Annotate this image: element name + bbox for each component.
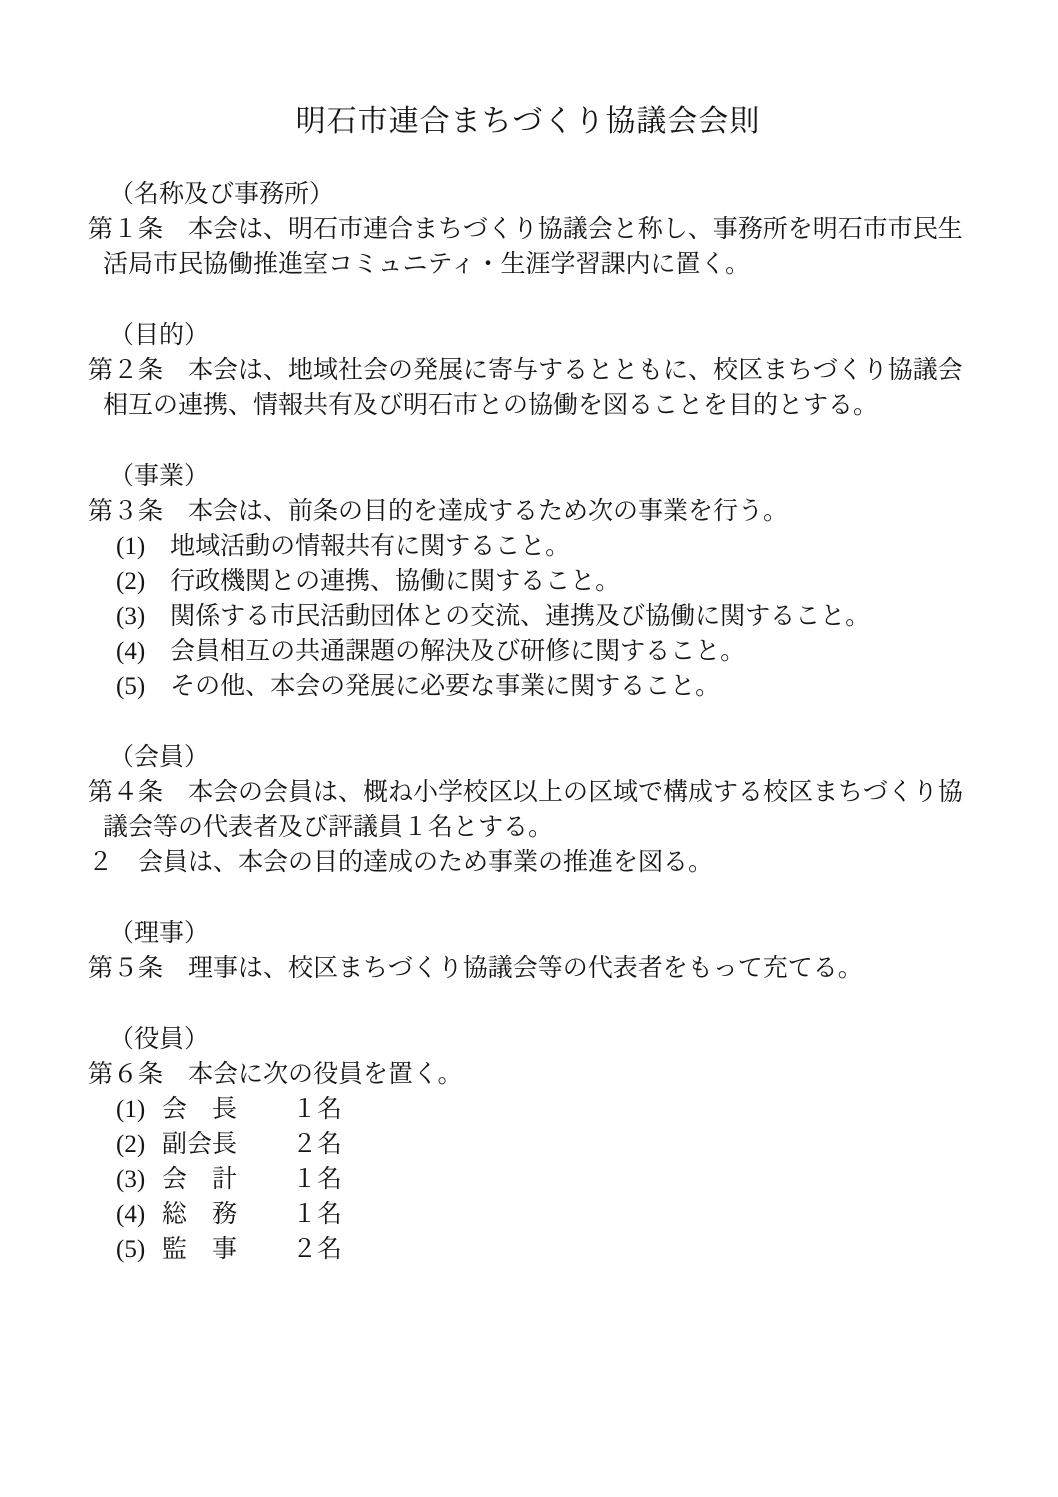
officer-role: 監 事	[162, 1232, 292, 1267]
officer-row: (1)会 長１名	[88, 1092, 968, 1127]
officer-number: (5)	[116, 1232, 162, 1267]
text-line: (3) 関係する市民活動団体との交流、連携及び協働に関すること。	[88, 599, 968, 634]
text-line: 第５条 理事は、校区まちづくり協議会等の代表者をもって充てる。	[88, 951, 968, 986]
text-line: 相互の連携、情報共有及び明石市との協働を図ることを目的とする。	[88, 388, 968, 423]
document-section-3: （事業）第３条 本会は、前条の目的を達成するため次の事業を行う。(1) 地域活動…	[88, 459, 968, 704]
officer-count: ２名	[292, 1232, 342, 1267]
officer-number: (1)	[116, 1092, 162, 1127]
text-line: (2) 行政機関との連携、協働に関すること。	[88, 564, 968, 599]
text-line: 活局市民協働推進室コミュニティ・生涯学習課内に置く。	[88, 247, 968, 282]
document-title: 明石市連合まちづくり協議会会則	[88, 103, 968, 141]
text-line: 第４条 本会の会員は、概ね小学校区以上の区域で構成する校区まちづくり協	[88, 775, 968, 810]
section-heading: （役員）	[88, 1022, 968, 1057]
officer-count: １名	[292, 1162, 342, 1197]
officer-role: 会 長	[162, 1092, 292, 1127]
officer-number: (4)	[116, 1197, 162, 1232]
text-line: (5) その他、本会の発展に必要な事業に関すること。	[88, 669, 968, 704]
text-line: 第３条 本会は、前条の目的を達成するため次の事業を行う。	[88, 494, 968, 529]
officer-count: ２名	[292, 1127, 342, 1162]
text-line: (4) 会員相互の共通課題の解決及び研修に関すること。	[88, 634, 968, 669]
officer-role: 会 計	[162, 1162, 292, 1197]
officer-number: (3)	[116, 1162, 162, 1197]
text-line: 第２条 本会は、地域社会の発展に寄与するとともに、校区まちづくり協議会	[88, 353, 968, 388]
document-section-4: （会員）第４条 本会の会員は、概ね小学校区以上の区域で構成する校区まちづくり協議…	[88, 740, 968, 880]
officer-row: (4)総 務１名	[88, 1197, 968, 1232]
officer-count: １名	[292, 1092, 342, 1127]
section-heading: （会員）	[88, 740, 968, 775]
section-heading: （理事）	[88, 916, 968, 951]
document-section-1: （名称及び事務所）第１条 本会は、明石市連合まちづくり協議会と称し、事務所を明石…	[88, 177, 968, 282]
officer-count: １名	[292, 1197, 342, 1232]
section-heading: （目的）	[88, 318, 968, 353]
text-line: 第１条 本会は、明石市連合まちづくり協議会と称し、事務所を明石市市民生	[88, 212, 968, 247]
text-line: 第６条 本会に次の役員を置く。	[88, 1057, 968, 1092]
officer-row: (2)副会長２名	[88, 1127, 968, 1162]
document-section-6: （役員）第６条 本会に次の役員を置く。(1)会 長１名(2)副会長２名(3)会 …	[88, 1022, 968, 1267]
text-line: 議会等の代表者及び評議員１名とする。	[88, 810, 968, 845]
section-heading: （名称及び事務所）	[88, 177, 968, 212]
text-line: ２ 会員は、本会の目的達成のため事業の推進を図る。	[88, 845, 968, 880]
officer-role: 副会長	[162, 1127, 292, 1162]
officer-role: 総 務	[162, 1197, 292, 1232]
text-line: (1) 地域活動の情報共有に関すること。	[88, 529, 968, 564]
document-body: （名称及び事務所）第１条 本会は、明石市連合まちづくり協議会と称し、事務所を明石…	[88, 177, 968, 1267]
section-heading: （事業）	[88, 459, 968, 494]
officer-row: (3)会 計１名	[88, 1162, 968, 1197]
document-section-2: （目的）第２条 本会は、地域社会の発展に寄与するとともに、校区まちづくり協議会相…	[88, 318, 968, 423]
officer-row: (5)監 事２名	[88, 1232, 968, 1267]
document-section-5: （理事）第５条 理事は、校区まちづくり協議会等の代表者をもって充てる。	[88, 916, 968, 986]
officer-number: (2)	[116, 1127, 162, 1162]
document-page: 明石市連合まちづくり協議会会則 （名称及び事務所）第１条 本会は、明石市連合まち…	[0, 0, 1058, 1497]
